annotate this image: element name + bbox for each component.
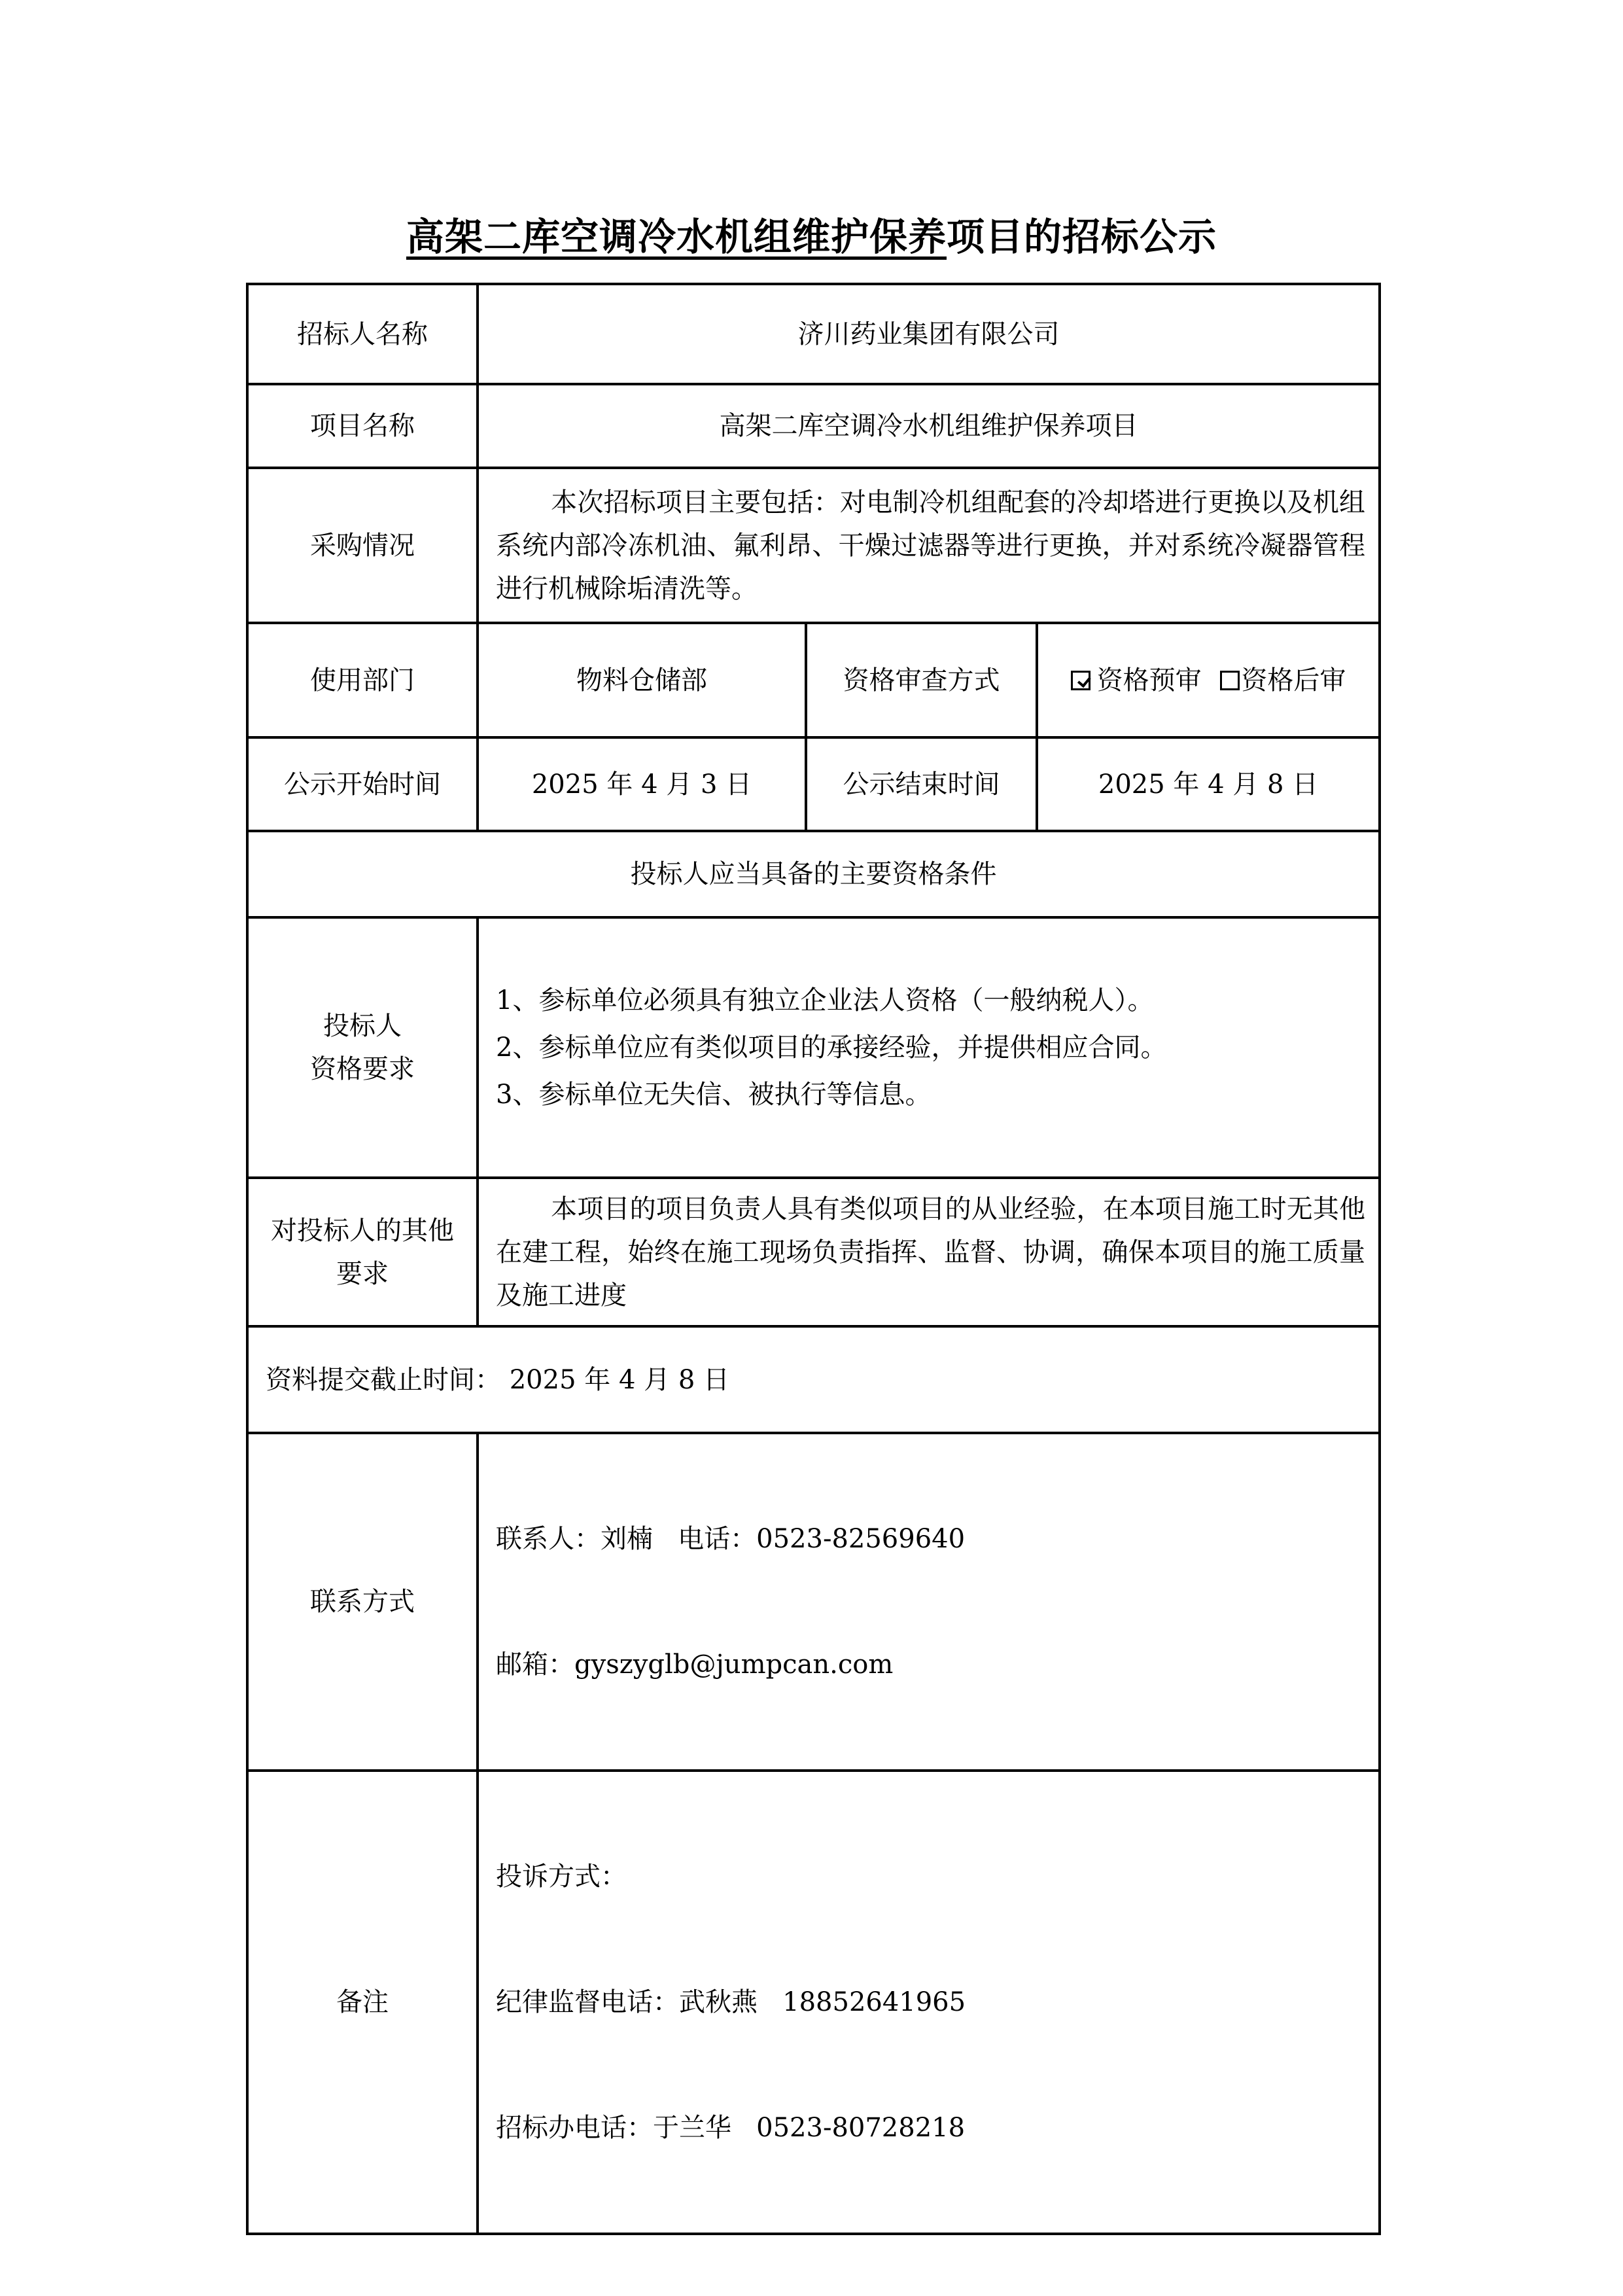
other-requirements-label: 对投标人的其他 要求 xyxy=(247,1178,478,1326)
postqualification-label: 资格后审 xyxy=(1241,665,1346,696)
row-deadline: 资料提交截止时间： 2025 年 4 月 8 日 xyxy=(247,1326,1380,1433)
review-method-label: 资格审查方式 xyxy=(806,623,1037,737)
prequalification-label: 资格预审 xyxy=(1097,665,1202,696)
other-requirements-value: 本项目的项目负责人具有类似项目的从业经验，在本项目施工时无其他在建工程，始终在施… xyxy=(478,1178,1380,1326)
department-value: 物料仓储部 xyxy=(478,623,806,737)
other-requirements-text: 本项目的项目负责人具有类似项目的从业经验，在本项目施工时无其他在建工程，始终在施… xyxy=(496,1194,1365,1311)
contact-value: 联系人：刘楠 电话：0523-82569640 邮箱：gyszyglb@jump… xyxy=(478,1433,1380,1771)
qualification-item: 3、参标单位无失信、被执行等信息。 xyxy=(496,1071,1378,1118)
remarks-label: 备注 xyxy=(247,1771,478,2234)
tenderer-value: 济川药业集团有限公司 xyxy=(478,284,1380,384)
row-tenderer: 招标人名称 济川药业集团有限公司 xyxy=(247,284,1380,384)
qualification-label: 投标人 资格要求 xyxy=(247,917,478,1178)
tender-notice-table: 招标人名称 济川药业集团有限公司 项目名称 高架二库空调冷水机组维护保养项目 采… xyxy=(246,283,1381,2235)
end-time-value: 2025 年 4 月 8 日 xyxy=(1037,737,1380,831)
deadline-label: 资料提交截止时间： xyxy=(266,1365,501,1395)
title-underlined: 高架二库空调冷水机组维护保养 xyxy=(406,215,947,259)
row-procurement: 采购情况 本次招标项目主要包括：对电制冷机组配套的冷却塔进行更换以及机组系统内部… xyxy=(247,468,1380,623)
deadline-value: 2025 年 4 月 8 日 xyxy=(510,1365,729,1395)
discipline-phone: 纪律监督电话：武秋燕 18852641965 xyxy=(496,1981,1378,2023)
start-time-value: 2025 年 4 月 3 日 xyxy=(478,737,806,831)
start-time-label: 公示开始时间 xyxy=(247,737,478,831)
qualification-label-line1: 投标人 xyxy=(249,1004,476,1048)
review-method-options: 资格预审 资格后审 xyxy=(1037,623,1380,737)
row-remarks: 备注 投诉方式： 纪律监督电话：武秋燕 18852641965 招标办电话：于兰… xyxy=(247,1771,1380,2234)
postqualification-checkbox-icon[interactable] xyxy=(1220,671,1240,690)
procurement-label: 采购情况 xyxy=(247,468,478,623)
row-contact: 联系方式 联系人：刘楠 电话：0523-82569640 邮箱：gyszyglb… xyxy=(247,1433,1380,1771)
qualification-item: 1、参标单位必须具有独立企业法人资格（一般纳税人）。 xyxy=(496,977,1378,1024)
row-qualification: 投标人 资格要求 1、参标单位必须具有独立企业法人资格（一般纳税人）。 2、参标… xyxy=(247,917,1380,1178)
deadline-cell: 资料提交截止时间： 2025 年 4 月 8 日 xyxy=(247,1326,1380,1433)
contact-label: 联系方式 xyxy=(247,1433,478,1771)
procurement-text: 本次招标项目主要包括：对电制冷机组配套的冷却塔进行更换以及机组系统内部冷冻机油、… xyxy=(496,487,1365,604)
remarks-value: 投诉方式： 纪律监督电话：武秋燕 18852641965 招标办电话：于兰华 0… xyxy=(478,1771,1380,2234)
qualification-item: 2、参标单位应有类似项目的承接经验，并提供相应合同。 xyxy=(496,1024,1378,1071)
prequalification-checkbox-checked-icon[interactable] xyxy=(1071,671,1091,690)
tenderer-label: 招标人名称 xyxy=(247,284,478,384)
qualification-header: 投标人应当具备的主要资格条件 xyxy=(247,831,1380,917)
department-label: 使用部门 xyxy=(247,623,478,737)
row-period: 公示开始时间 2025 年 4 月 3 日 公示结束时间 2025 年 4 月 … xyxy=(247,737,1380,831)
complaint-method: 投诉方式： xyxy=(496,1856,1378,1898)
other-label-line1: 对投标人的其他 xyxy=(249,1209,476,1252)
contact-person-phone: 联系人：刘楠 电话：0523-82569640 xyxy=(496,1518,1378,1560)
other-label-line2: 要求 xyxy=(249,1252,476,1296)
row-other-requirements: 对投标人的其他 要求 本项目的项目负责人具有类似项目的从业经验，在本项目施工时无… xyxy=(247,1178,1380,1326)
row-qualification-header: 投标人应当具备的主要资格条件 xyxy=(247,831,1380,917)
contact-email[interactable]: 邮箱：gyszyglb@jumpcan.com xyxy=(496,1644,1378,1686)
row-department: 使用部门 物料仓储部 资格审查方式 资格预审 资格后审 xyxy=(247,623,1380,737)
qualification-list: 1、参标单位必须具有独立企业法人资格（一般纳税人）。 2、参标单位应有类似项目的… xyxy=(478,917,1380,1178)
document-title: 高架二库空调冷水机组维护保养项目的招标公示 xyxy=(0,211,1623,263)
qualification-label-line2: 资格要求 xyxy=(249,1048,476,1091)
tender-office-phone: 招标办电话：于兰华 0523-80728218 xyxy=(496,2107,1378,2149)
project-value: 高架二库空调冷水机组维护保养项目 xyxy=(478,384,1380,468)
row-project: 项目名称 高架二库空调冷水机组维护保养项目 xyxy=(247,384,1380,468)
end-time-label: 公示结束时间 xyxy=(806,737,1037,831)
procurement-value: 本次招标项目主要包括：对电制冷机组配套的冷却塔进行更换以及机组系统内部冷冻机油、… xyxy=(478,468,1380,623)
project-label: 项目名称 xyxy=(247,384,478,468)
title-rest: 项目的招标公示 xyxy=(947,215,1217,259)
